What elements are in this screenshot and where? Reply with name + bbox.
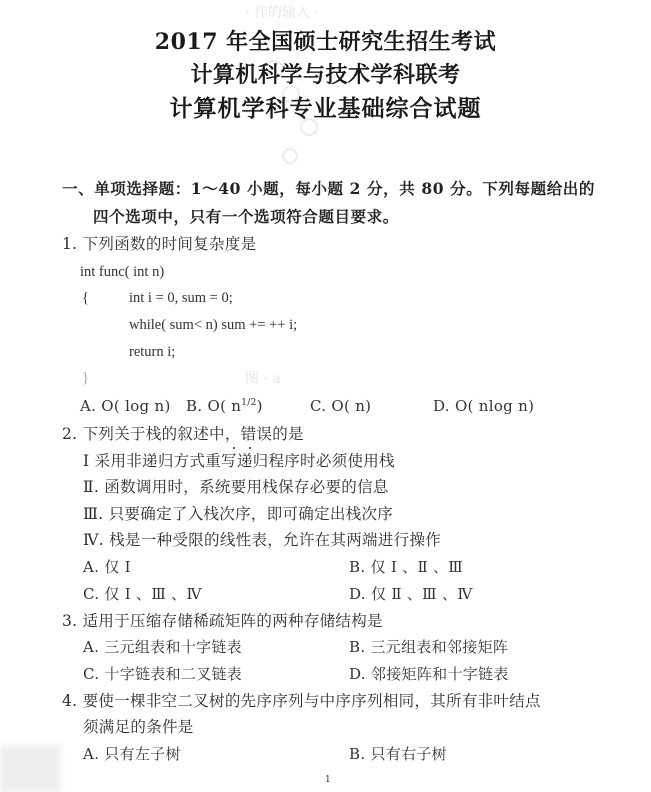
option-text: O( n)	[331, 397, 371, 415]
exam-title-line1: 2017 年全国硕士研究生招生考试	[0, 31, 651, 53]
q1-option-d: D. O( nlog n)	[433, 399, 534, 414]
question-number: 2.	[62, 425, 77, 443]
q4-option-b: B. 只有右子树	[349, 747, 447, 762]
q3-option-d: D. 邻接矩阵和十字链表	[349, 667, 509, 682]
question-number: 1.	[62, 235, 77, 253]
q3-option-c: C. 十字链表和二叉链表	[83, 667, 242, 682]
question-1-stem: 1. 下列函数的时间复杂度是	[62, 237, 256, 253]
code-open-brace: {	[82, 291, 89, 306]
q2-option-a: A. 仅 Ⅰ	[83, 560, 131, 575]
q2-option-b: B. 仅 Ⅰ 、Ⅱ 、Ⅲ	[349, 560, 463, 575]
code-line-2: int i = 0, sum = 0;	[129, 291, 233, 306]
exam-title-line2: 计算机科学与技术学科联考	[0, 64, 651, 86]
bleed-through-ring	[282, 148, 298, 164]
q2-option-d: D. 仅 Ⅱ 、Ⅲ 、Ⅳ	[349, 587, 473, 602]
code-close-brace: }	[82, 371, 89, 386]
q3-option-b: B. 三元组表和邻接矩阵	[349, 640, 508, 655]
question-text: 下列函数的时间复杂度是	[83, 235, 257, 253]
q4-option-a: A. 只有左子树	[83, 747, 181, 762]
bleed-through-mark: · 作的输入 ·	[245, 2, 319, 22]
scan-smudge	[0, 745, 60, 792]
page-number: 1	[325, 776, 331, 785]
emphasis-dot	[233, 447, 235, 449]
question-4-stem-line1: 4. 要使一棵非空二叉树的先序序列与中序序列相同，其所有非叶结点	[62, 694, 541, 710]
bleed-through-mark: 图 · a	[245, 368, 281, 388]
q1-option-c: C. O( n)	[310, 399, 371, 414]
question-2-stem: 2. 下列关于栈的叙述中，错误的是	[62, 427, 304, 443]
option-text: O( log n)	[101, 397, 170, 415]
emphasis-text: 错误	[241, 425, 273, 443]
exam-page: · 作的输入 · 图 · a 2017 年全国硕士研究生招生考试 计算机科学与技…	[0, 0, 651, 792]
question-4-stem-line2: 须满足的条件是	[83, 720, 194, 736]
section-heading-line2: 四个选项中，只有一个选项符合题目要求。	[93, 209, 399, 225]
exam-title-line3: 计算机学科专业基础综合试题	[0, 98, 651, 121]
q3-option-a: A. 三元组表和十字链表	[83, 640, 242, 655]
q2-statement-2: Ⅱ. 函数调用时，系统要用栈保存必要的信息	[83, 480, 389, 496]
question-3-stem: 3. 适用于压缩存储稀疏矩阵的两种存储结构是	[62, 614, 383, 630]
option-text: O( nlog n)	[455, 397, 534, 415]
code-line-4: return i;	[129, 345, 175, 360]
code-line-1: int func( int n)	[80, 265, 164, 280]
q2-statement-1: Ⅰ 采用非递归方式重写递归程序时必须使用栈	[83, 454, 395, 470]
code-line-3: while( sum< n) sum += ++ i;	[129, 318, 297, 333]
question-number: 3.	[62, 612, 77, 630]
q2-option-c: C. 仅 Ⅰ 、Ⅲ 、Ⅳ	[83, 587, 202, 602]
q1-option-a: A. O( log n)	[80, 399, 171, 414]
q1-option-b: B. O( n1/2)	[186, 399, 263, 414]
q2-statement-4: Ⅳ. 栈是一种受限的线性表，允许在其两端进行操作	[83, 533, 441, 549]
q2-statement-3: Ⅲ. 只要确定了入栈次序，即可确定出栈次序	[83, 507, 393, 523]
question-number: 4.	[62, 692, 77, 710]
emphasis-dot	[249, 447, 251, 449]
section-heading-line1: 一、单项选择题：1～40 小题，每小题 2 分，共 80 分。下列每题给出的	[62, 181, 595, 197]
